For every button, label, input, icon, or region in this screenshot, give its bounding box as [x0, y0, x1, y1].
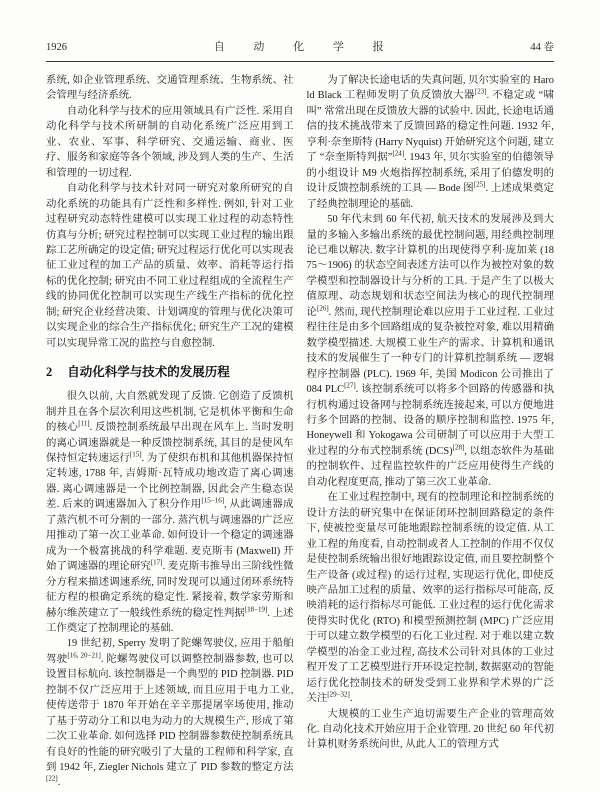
paragraph: 自动化科学与技术的应用领域具有广泛性. 采用自动化科学与技术所研制的自动化系统广…: [46, 104, 294, 181]
citation-ref: [15−16]: [201, 497, 224, 505]
paragraph: 在工业过程控制中, 现有的控制理论和控制系统的设计方法的研究集中在保证闭环控制回…: [307, 490, 555, 706]
page-header: 1926 自 动 化 学 报 44 卷: [46, 38, 554, 54]
citation-ref: [24]: [392, 150, 404, 158]
citation-ref: [27]: [344, 382, 356, 390]
right-column: 为了解决长途电话的失真问题, 贝尔实验室的 Harold Black 工程师发明…: [307, 73, 555, 791]
section-heading: 2自动化科学与技术的发展历程: [46, 362, 294, 380]
journal-title: 自 动 化 学 报: [201, 38, 397, 54]
paragraph: 19 世纪初, Sperry 发明了陀螺驾驶仪, 应用于船舶驾驶[16, 20−…: [46, 636, 294, 791]
section-title: 自动化科学与技术的发展历程: [67, 365, 230, 379]
citation-ref: [23]: [475, 88, 487, 96]
citation-ref: [18−19]: [245, 605, 268, 613]
paragraph: 自动化科学与技术针对同一研究对象所研究的自动化系统的功能具有广泛性和多样性. 例…: [46, 181, 294, 351]
citation-ref: [22]: [46, 775, 58, 783]
journal-page: 1926 自 动 化 学 报 44 卷 系统, 如企业管理系统、交通管理系统、生…: [0, 0, 600, 792]
page-number: 1926: [46, 42, 67, 53]
two-column-body: 系统, 如企业管理系统、交通管理系统、生物系统、社会管理与经济系统.自动化科学与…: [46, 73, 554, 791]
volume-label: 44 卷: [530, 39, 554, 54]
citation-ref: [17]: [151, 559, 163, 567]
paragraph: 为了解决长途电话的失真问题, 贝尔实验室的 Harold Black 工程师发明…: [307, 73, 555, 212]
citation-ref: [25]: [474, 181, 486, 189]
paragraph: 系统, 如企业管理系统、交通管理系统、生物系统、社会管理与经济系统.: [46, 73, 294, 104]
paragraph: 大规模的工业生产迫切需要生产企业的管理高效化. 自动化技术开始应用于企业管理. …: [307, 707, 555, 753]
citation-ref: [29−32]: [327, 691, 350, 699]
citation-ref: [26]: [317, 304, 329, 312]
citation-ref: [28]: [453, 443, 465, 451]
citation-ref: [16, 20−21]: [67, 651, 100, 659]
paragraph: 很久以前, 大自然就发现了反馈. 它创造了反馈机制并且在各个层次利用这些机制, …: [46, 389, 294, 636]
citation-ref: [11]: [78, 420, 89, 428]
citation-ref: [15]: [130, 451, 142, 459]
section-number: 2: [46, 365, 52, 379]
left-column: 系统, 如企业管理系统、交通管理系统、生物系统、社会管理与经济系统.自动化科学与…: [46, 73, 294, 791]
paragraph: 50 年代末到 60 年代初, 航天技术的发展涉及到大量的多输入多输出系统的最优…: [307, 212, 555, 490]
header-rule: [46, 61, 554, 62]
